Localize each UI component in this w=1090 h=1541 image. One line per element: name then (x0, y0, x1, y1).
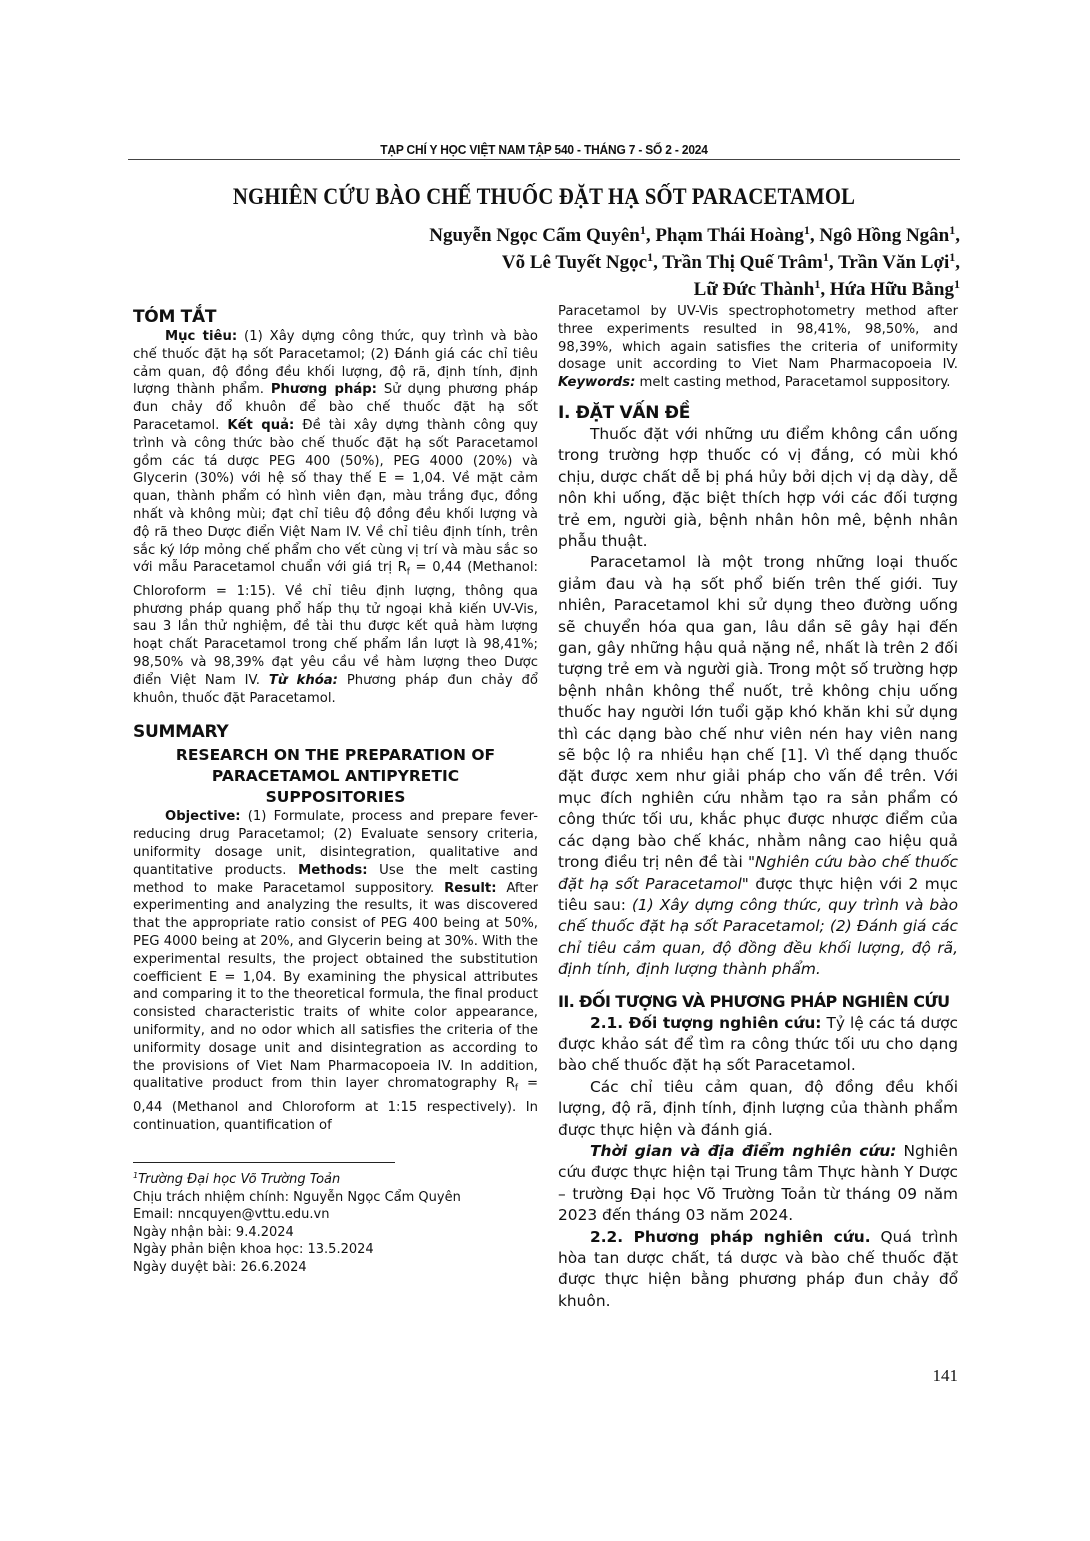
results-label: Kết quả: (227, 418, 294, 433)
result-label: Result: (444, 881, 496, 896)
section-1-heading: I. ĐẶT VẤN ĐỀ (558, 402, 958, 424)
section-1-para-2: Paracetamol là một trong những loại thuố… (558, 552, 958, 980)
methods-label: Methods: (298, 863, 367, 878)
section-2-1: 2.1. Đối tượng nghiên cứu: Tỷ lệ các tá … (558, 1013, 958, 1077)
affiliation-mark: 1 (814, 277, 820, 291)
abstract-vi-heading: TÓM TẮT (133, 306, 538, 328)
methods-label: Phương pháp: (271, 382, 377, 397)
affiliation-mark: 1 (823, 250, 829, 264)
author: Trần Văn Lợi (838, 252, 949, 273)
footnote-affiliation: 1Trường Đại học Võ Trường Toản (133, 1171, 538, 1189)
journal-header: TẠP CHÍ Y HỌC VIỆT NAM TẬP 540 - THÁNG 7… (161, 142, 926, 157)
abstract-en-continued: Paracetamol by UV-Vis spectrophotometry … (558, 303, 958, 392)
result-text-cont: Paracetamol by UV-Vis spectrophotometry … (558, 304, 958, 372)
section-1-para-1: Thuốc đặt với những ưu điểm không cần uố… (558, 424, 958, 552)
results-text-cont: = 0,44 (Methanol: Chloroform = 1:15). Về… (133, 560, 538, 687)
right-column: Paracetamol by UV-Vis spectrophotometry … (558, 303, 958, 1312)
footnote-received: Ngày nhận bài: 9.4.2024 (133, 1224, 538, 1242)
affiliation-mark: 1 (954, 277, 960, 291)
author: Hứa Hữu Bằng (830, 279, 954, 300)
affiliation-mark: 1 (949, 250, 955, 264)
author: Võ Lê Tuyết Ngọc (502, 252, 647, 273)
footnote-accepted: Ngày duyệt bài: 26.6.2024 (133, 1259, 538, 1277)
section-2-2: 2.2. Phương pháp nghiên cứu. Quá trình h… (558, 1227, 958, 1313)
author: Nguyễn Ngọc Cẩm Quyên (429, 225, 640, 246)
left-column: TÓM TẮT Mục tiêu: (1) Xây dựng công thức… (133, 306, 538, 1276)
author: Lữ Đức Thành (694, 279, 815, 300)
section-2-heading: II. ĐỐI TƯỢNG VÀ PHƯƠNG PHÁP NGHIÊN CỨU (558, 991, 958, 1013)
footnote-corresponding: Chịu trách nhiệm chính: Nguyễn Ngọc Cẩm … (133, 1189, 538, 1207)
keywords-text: melt casting method, Paracetamol supposi… (635, 375, 950, 390)
author-list: Nguyễn Ngọc Cẩm Quyên1, Phạm Thái Hoàng1… (260, 222, 960, 303)
objective-label: Objective: (165, 809, 241, 824)
affiliation-mark: 1 (804, 223, 810, 237)
author: Trần Thị Quế Trâm (662, 252, 823, 273)
footnote-divider (133, 1162, 395, 1163)
footnote-email[interactable]: Email: nncquyen@vttu.edu.vn (133, 1206, 538, 1224)
result-text: After experimenting and analyzing the re… (133, 881, 538, 1092)
summary-heading: SUMMARY (133, 721, 538, 743)
english-title: RESEARCH ON THE PREPARATION OF PARACETAM… (133, 745, 538, 808)
abstract-vi-body: Mục tiêu: (1) Xây dựng công thức, quy tr… (133, 328, 538, 707)
author: Phạm Thái Hoàng (655, 225, 804, 246)
objective-label: Mục tiêu: (165, 329, 237, 344)
affiliation-mark: 1 (640, 223, 646, 237)
footnote: 1Trường Đại học Võ Trường Toản Chịu trác… (133, 1171, 538, 1276)
author: Ngô Hồng Ngân (819, 225, 949, 246)
affiliation-mark: 1 (647, 250, 653, 264)
keywords-label: Keywords: (558, 375, 635, 390)
header-divider (128, 159, 960, 160)
affiliation-mark: 1 (949, 223, 955, 237)
article-title: NGHIÊN CỨU BÀO CHẾ THUỐC ĐẶT HẠ SỐT PARA… (170, 184, 919, 210)
section-2-time-place: Thời gian và địa điểm nghiên cứu: Nghiên… (558, 1141, 958, 1227)
keywords-label: Từ khóa: (269, 673, 338, 688)
results-text: Đề tài xây dựng thành công quy trình và … (133, 418, 538, 575)
footnote-reviewed: Ngày phản biện khoa học: 13.5.2024 (133, 1241, 538, 1259)
abstract-en-body: Objective: (1) Formulate, process and pr… (133, 808, 538, 1134)
section-2-criteria: Các chỉ tiêu cảm quan, độ đồng đều khối … (558, 1077, 958, 1141)
page-number: 141 (933, 1366, 959, 1386)
